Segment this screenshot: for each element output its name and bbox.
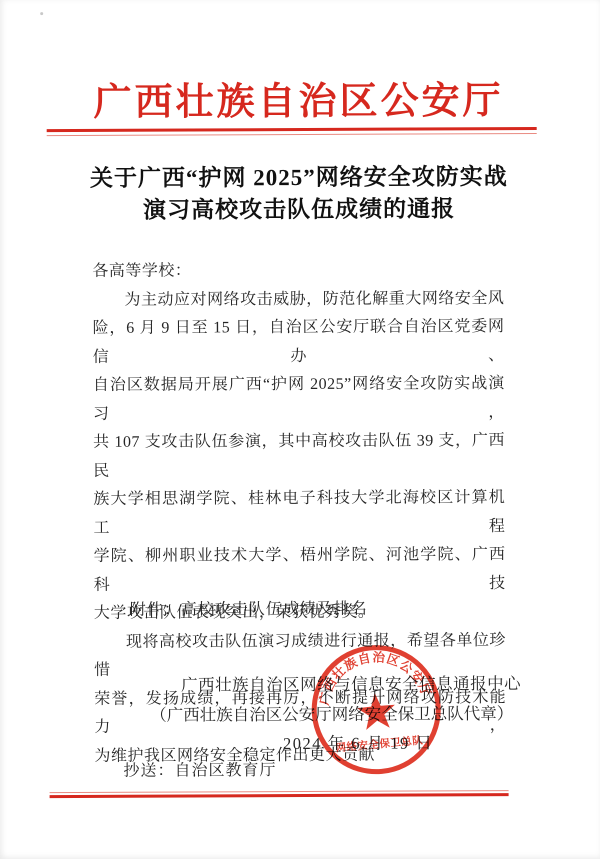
doc-title-line-1: 关于广西“护网 2025”网络安全攻防实战 [0,161,599,196]
body-line: 自治区数据局开展广西“护网 2025”网络安全攻防实战演习， [93,370,505,429]
salutation-line: 各高等学校： [92,256,504,286]
cc-line: 抄送：自治区教育厅 [123,757,276,781]
doc-title: 关于广西“护网 2025”网络安全攻防实战 演习高校攻击队伍成绩的通报 [0,161,599,228]
header-divider [47,127,537,136]
signature-date: 2024 年 6 月 19 日 [283,729,433,754]
attachment-line: 附件：高校攻击队伍成绩及排名 [130,596,368,620]
body-line: 险，6 月 9 日至 15 日，自治区公安厅联合自治区党委网信办、 [92,313,504,372]
body-line: 共 107 支攻击队伍参演，其中高校攻击队伍 39 支，广西民 [93,427,505,486]
signature-note: （广西壮族自治区公安厅网络安全保卫总队代章） [150,700,513,726]
doc-title-line-2: 演习高校攻击队伍成绩的通报 [0,193,599,228]
body-line: 族大学相思湖学院、桂林电子科技大学北海校区计算机工程 [93,484,505,543]
scan-speck [40,12,43,15]
footer-divider [50,790,509,798]
body-line: 学院、柳州职业技术大学、梧州学院、河池学院、广西科技 [93,541,505,600]
signature-org: 广西壮族自治区网络与信息安全信息通报中心 [181,670,521,695]
body-line: 为主动应对网络攻击威胁，防范化解重大网络安全风 [92,285,504,315]
scanned-document-page: 广西壮族自治区公安厅 关于广西“护网 2025”网络安全攻防实战 演习高校攻击队… [0,0,600,859]
letterhead-title: 广西壮族自治区公安厅 [0,69,599,127]
page-content: 广西壮族自治区公安厅 关于广西“护网 2025”网络安全攻防实战 演习高校攻击队… [0,0,600,859]
